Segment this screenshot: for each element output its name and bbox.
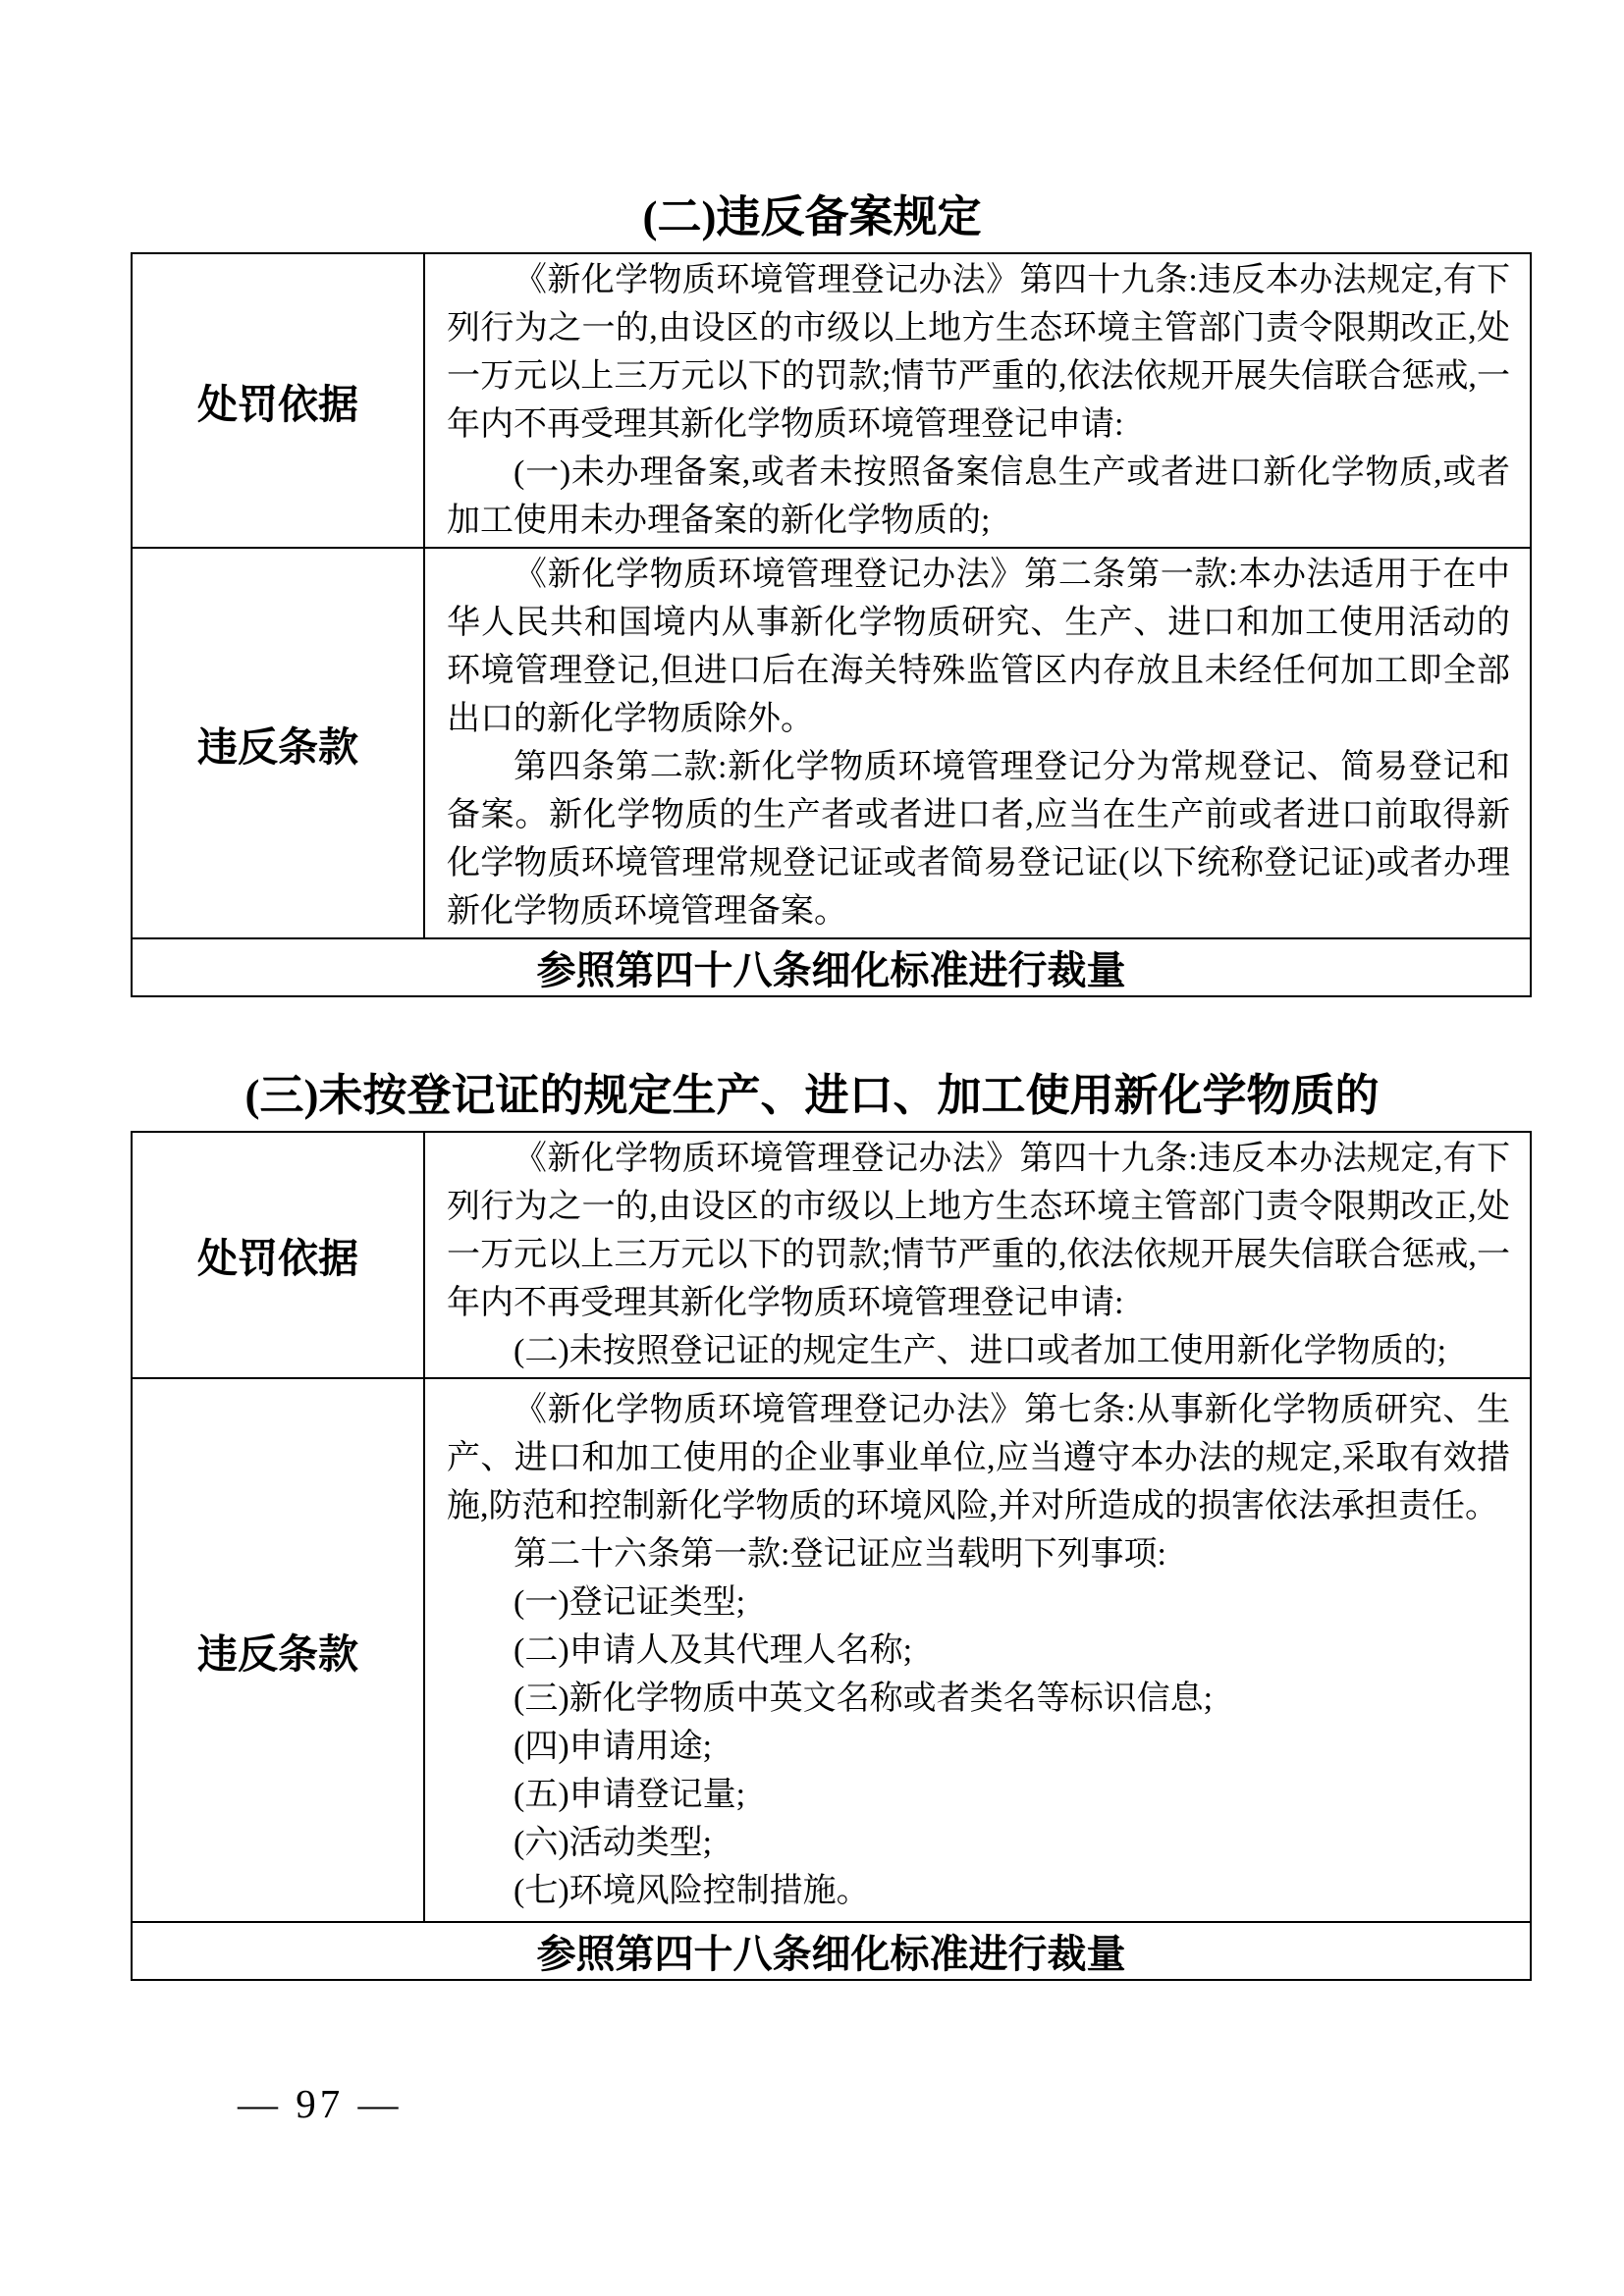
table-row: 处罚依据 《新化学物质环境管理登记办法》第四十九条:违反本办法规定,有下列行为之…	[132, 253, 1531, 548]
paragraph: (五)申请登记量;	[447, 1771, 1510, 1819]
row-label-penalty-basis: 处罚依据	[132, 1132, 424, 1378]
table-row: 参照第四十八条细化标准进行裁量	[132, 938, 1531, 996]
table-row: 参照第四十八条细化标准进行裁量	[132, 1922, 1531, 1980]
paragraph: (四)申请用途;	[447, 1723, 1510, 1771]
document-page: (二)违反备案规定 处罚依据 《新化学物质环境管理登记办法》第四十九条:违反本办…	[0, 0, 1624, 2296]
row-content-penalty-basis: 《新化学物质环境管理登记办法》第四十九条:违反本办法规定,有下列行为之一的,由设…	[424, 1132, 1531, 1378]
row-content-violated-clause: 《新化学物质环境管理登记办法》第二条第一款:本办法适用于在中华人民共和国境内从事…	[424, 548, 1531, 938]
paragraph: (二)申请人及其代理人名称;	[447, 1627, 1510, 1675]
paragraph: (二)未按照登记证的规定生产、进口或者加工使用新化学物质的;	[447, 1327, 1510, 1375]
paragraph: (一)登记证类型;	[447, 1578, 1510, 1627]
paragraph: 《新化学物质环境管理登记办法》第四十九条:违反本办法规定,有下列行为之一的,由设…	[447, 1135, 1510, 1327]
paragraph: (一)未办理备案,或者未按照备案信息生产或者进口新化学物质,或者加工使用未办理备…	[447, 449, 1510, 545]
paragraph: 《新化学物质环境管理登记办法》第七条:从事新化学物质研究、生产、进口和加工使用的…	[447, 1386, 1510, 1530]
paragraph: (七)环境风险控制措施。	[447, 1867, 1510, 1915]
paragraph: 第四条第二款:新化学物质环境管理登记分为常规登记、简易登记和备案。新化学物质的生…	[447, 743, 1510, 935]
row-label-violated-clause: 违反条款	[132, 1378, 424, 1922]
table-footer-note: 参照第四十八条细化标准进行裁量	[132, 1922, 1531, 1980]
table-row: 违反条款 《新化学物质环境管理登记办法》第二条第一款:本办法适用于在中华人民共和…	[132, 548, 1531, 938]
paragraph: 《新化学物质环境管理登记办法》第四十九条:违反本办法规定,有下列行为之一的,由设…	[447, 256, 1510, 449]
table-footer-note: 参照第四十八条细化标准进行裁量	[132, 938, 1531, 996]
violation-table-1: 处罚依据 《新化学物质环境管理登记办法》第四十九条:违反本办法规定,有下列行为之…	[131, 252, 1532, 997]
row-content-violated-clause: 《新化学物质环境管理登记办法》第七条:从事新化学物质研究、生产、进口和加工使用的…	[424, 1378, 1531, 1922]
paragraph: (六)活动类型;	[447, 1819, 1510, 1867]
row-content-penalty-basis: 《新化学物质环境管理登记办法》第四十九条:违反本办法规定,有下列行为之一的,由设…	[424, 253, 1531, 548]
table-row: 违反条款 《新化学物质环境管理登记办法》第七条:从事新化学物质研究、生产、进口和…	[132, 1378, 1531, 1922]
table-row: 处罚依据 《新化学物质环境管理登记办法》第四十九条:违反本办法规定,有下列行为之…	[132, 1132, 1531, 1378]
paragraph: 《新化学物质环境管理登记办法》第二条第一款:本办法适用于在中华人民共和国境内从事…	[447, 551, 1510, 743]
paragraph: (三)新化学物质中英文名称或者类名等标识信息;	[447, 1675, 1510, 1723]
row-label-violated-clause: 违反条款	[132, 548, 424, 938]
page-number: — 97 —	[238, 2079, 1624, 2128]
section-title-2: (二)违反备案规定	[0, 191, 1624, 242]
violation-table-2: 处罚依据 《新化学物质环境管理登记办法》第四十九条:违反本办法规定,有下列行为之…	[131, 1131, 1532, 1981]
row-label-penalty-basis: 处罚依据	[132, 253, 424, 548]
paragraph: 第二十六条第一款:登记证应当载明下列事项:	[447, 1530, 1510, 1578]
section-title-3: (三)未按登记证的规定生产、进口、加工使用新化学物质的	[0, 1070, 1624, 1121]
